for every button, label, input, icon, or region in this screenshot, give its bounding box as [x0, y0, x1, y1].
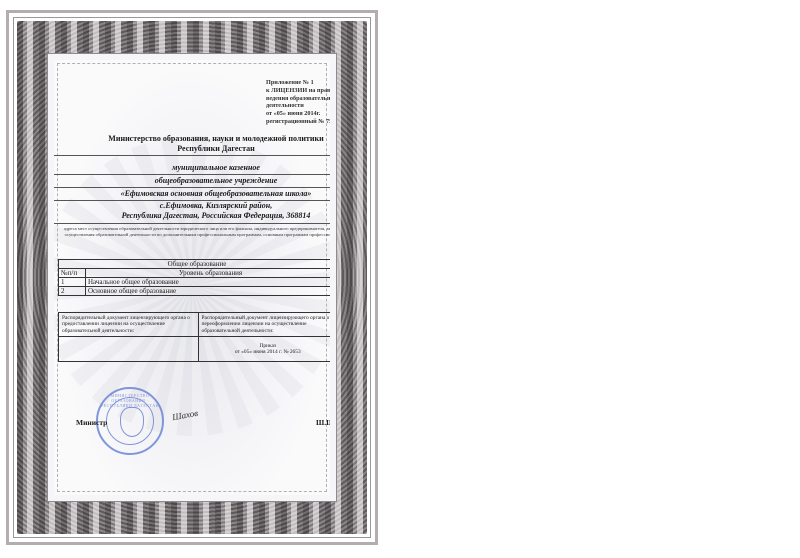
eagle-emblem-icon	[120, 407, 144, 437]
document-body: Приложение № 1 к ЛИЦЕНЗИИ на право веден…	[54, 60, 330, 495]
grant-document-value	[59, 337, 199, 362]
license-appendix-sheet: Приложение № 1 к ЛИЦЕНЗИИ на право веден…	[6, 10, 378, 545]
row-level: Начальное общее образование	[86, 278, 331, 287]
education-levels-table: Общее образование №п/п Уровень образован…	[58, 259, 330, 296]
org-type-line2: общеобразовательное учреждение	[64, 176, 330, 186]
ministry-line: Министерство образования, науки и молоде…	[64, 134, 330, 144]
divider-line	[54, 174, 330, 175]
column-header-level: Уровень образования	[86, 269, 331, 278]
address-caption: адреса мест осуществления образовательно…	[60, 226, 330, 239]
inner-frame: Приложение № 1 к ЛИЦЕНЗИИ на право веден…	[47, 53, 337, 502]
order-date-number: от «05» июня 2014 г. № 2653	[202, 349, 331, 355]
appendix-line: деятельности	[266, 102, 330, 110]
appendix-line: регистрационный № 7502	[266, 118, 330, 126]
table-row: 1 Начальное общее образование	[59, 278, 331, 287]
administrative-documents-table: Распорядительный документ лицензирующего…	[58, 312, 330, 362]
org-name: «Ефимовская основная общеобразовательная…	[64, 189, 330, 199]
row-number: 2	[59, 287, 86, 296]
table-title: Общее образование	[59, 260, 331, 269]
row-level: Основное общее образование	[86, 287, 331, 296]
org-type-line1: муниципальное казенное	[64, 163, 330, 173]
reissue-document-value: Приказ от «05» июня 2014 г. № 2653	[198, 337, 330, 362]
table-row: 2 Основное общее образование	[59, 287, 331, 296]
divider-line	[54, 155, 330, 156]
appendix-line: к ЛИЦЕНЗИИ на право	[266, 87, 330, 95]
column-header-number: №п/п	[59, 269, 86, 278]
org-address-line2: Республика Дагестан, Российская Федераци…	[64, 211, 330, 221]
signatory-position: Министр	[76, 418, 107, 427]
appendix-line: ведения образовательной	[266, 95, 330, 103]
ministry-region: Республики Дагестан	[64, 144, 330, 154]
appendix-line: Приложение № 1	[266, 79, 330, 87]
appendix-header: Приложение № 1 к ЛИЦЕНЗИИ на право веден…	[266, 79, 330, 126]
signatory-name: Ш.Шахов	[316, 418, 330, 427]
org-address-line1: с.Ефимовка, Кизлярский район,	[64, 201, 330, 211]
reissue-document-header: Распорядительный документ лицензирующего…	[198, 313, 330, 337]
row-number: 1	[59, 278, 86, 287]
appendix-line: от «05» июня 2014г.	[266, 110, 330, 118]
stamp-text: МИНИСТЕРСТВО ОБРАЗОВАНИЯ · РЕСПУБЛИКИ ДА…	[98, 393, 162, 408]
grant-document-header: Распорядительный документ лицензирующего…	[59, 313, 199, 337]
divider-line	[54, 187, 330, 188]
divider-line	[54, 223, 330, 224]
ministry-title: Министерство образования, науки и молоде…	[64, 134, 330, 154]
